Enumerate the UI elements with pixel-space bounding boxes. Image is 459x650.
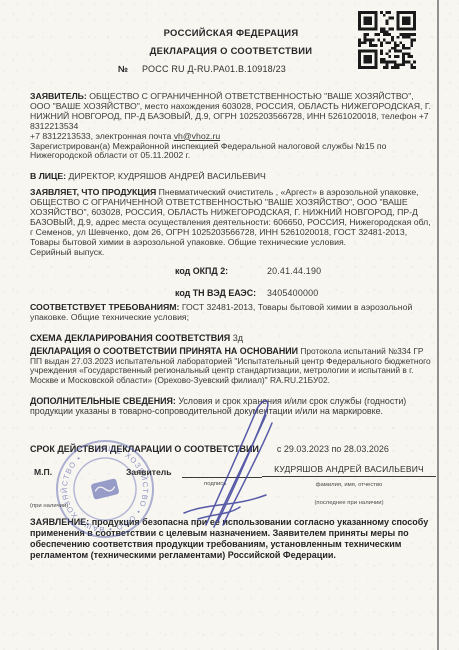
mp-label: М.П. <box>34 467 52 477</box>
doc-number-label: № <box>118 64 128 74</box>
applicant-phone2: +7 8312213533, электронная почта <box>30 131 174 141</box>
basis-label: ДЕКЛАРАЦИЯ О СООТВЕТСТВИИ ПРИНЯТА НА ОСН… <box>30 346 298 356</box>
tnved-value: 3405400000 <box>267 288 318 298</box>
product-serial: Серийный выпуск. <box>30 248 432 258</box>
scan-edge-line <box>437 0 439 650</box>
person-label: В ЛИЦЕ: <box>30 171 66 181</box>
basis-paragraph: ДЕКЛАРАЦИЯ О СООТВЕТСТВИИ ПРИНЯТА НА ОСН… <box>30 347 432 385</box>
product-paragraph: ЗАЯВЛЯЕТ, ЧТО ПРОДУКЦИЯ Пневматический о… <box>30 188 432 258</box>
product-label: ЗАЯВЛЯЕТ, ЧТО ПРОДУКЦИЯ <box>30 187 156 197</box>
person-value: ДИРЕКТОР, КУДРЯШОВ АНДРЕЙ ВАСИЛЬЕВИЧ <box>68 171 265 181</box>
product-text: Пневматический очиститель , «Аргест» в а… <box>30 187 431 247</box>
scheme-line: СХЕМА ДЕКЛАРИРОВАНИЯ СООТВЕТСТВИЯ 3д <box>30 334 432 344</box>
compliance-paragraph: СООТВЕТСТВУЕТ ТРЕБОВАНИЯМ: ГОСТ 32481-20… <box>30 303 432 323</box>
okpd-label: код ОКПД 2: <box>175 266 267 276</box>
person-line: В ЛИЦЕ: ДИРЕКТОР, КУДРЯШОВ АНДРЕЙ ВАСИЛЬ… <box>30 172 432 182</box>
okpd-value: 20.41.44.190 <box>267 266 321 276</box>
tnved-label: код ТН ВЭД ЕАЭС: <box>175 288 267 298</box>
applicant-text: ОБЩЕСТВО С ОГРАНИЧЕННОЙ ОТВЕТСТВЕННОСТЬЮ… <box>30 91 431 131</box>
applicant-paragraph: ЗАЯВИТЕЛЬ: ОБЩЕСТВО С ОГРАНИЧЕННОЙ ОТВЕТ… <box>30 92 432 161</box>
handwritten-signature <box>168 393 308 533</box>
mp-note: (при наличии) <box>30 503 68 509</box>
tnved-row: код ТН ВЭД ЕАЭС:3405400000 <box>175 288 321 298</box>
additional-label: ДОПОЛНИТЕЛЬНЫЕ СВЕДЕНИЯ: <box>30 396 176 406</box>
qr-code-icon <box>358 11 416 69</box>
applicant-email: vh@vhoz.ru <box>174 131 220 141</box>
applicant-registration: Зарегистрирован(а) Межрайонной инспекцие… <box>30 142 432 162</box>
doc-number: №РОСС RU Д-RU.РА01.В.10918/23 <box>118 64 286 74</box>
doc-number-value: РОСС RU Д-RU.РА01.В.10918/23 <box>142 64 286 74</box>
okpd-row: код ОКПД 2:20.41.44.190 <box>175 266 321 276</box>
scheme-value: 3д <box>233 333 243 343</box>
applicant-label: ЗАЯВИТЕЛЬ: <box>30 91 87 101</box>
compliance-label: СООТВЕТСТВУЕТ ТРЕБОВАНИЯМ: <box>30 302 179 312</box>
applicant-role-label: Заявитель <box>126 467 171 477</box>
document-page: РОССИЙСКАЯ ФЕДЕРАЦИЯ ДЕКЛАРАЦИЯ О СООТВЕ… <box>0 0 459 650</box>
scheme-label: СХЕМА ДЕКЛАРИРОВАНИЯ СООТВЕТСТВИЯ <box>30 333 230 343</box>
